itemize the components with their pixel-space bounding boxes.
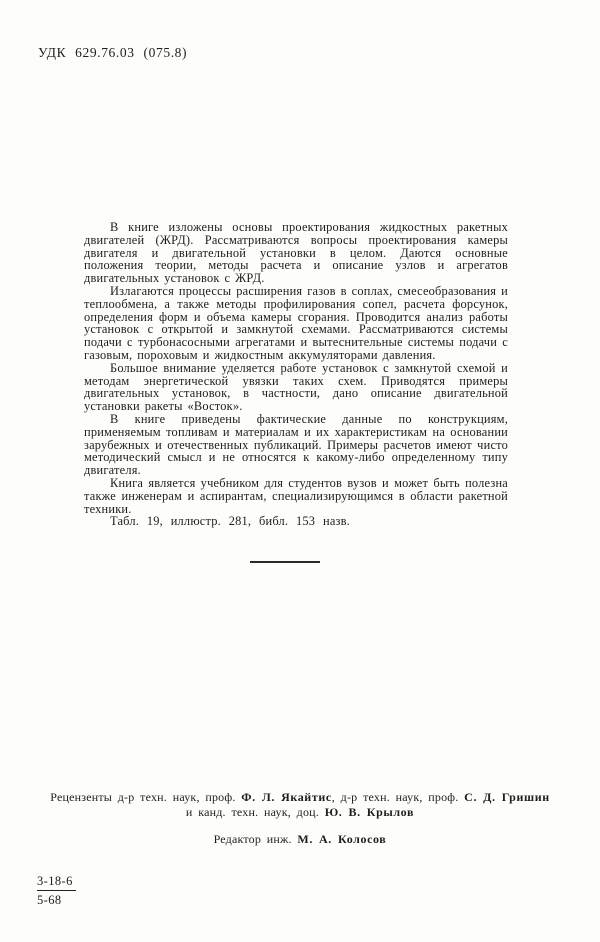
annotation-paragraph-2: Излагаются процессы расширения газов в с… [84,285,508,362]
print-order-code: 3-18-6 5-68 [37,874,76,907]
editor-line: Редактор инж. М. А. Колосов [0,832,600,847]
reviewer-name-3: Ю. В. Крылов [325,805,414,819]
reviewer-name-2: С. Д. Гришин [464,790,550,804]
annotation-paragraph-5: Книга является учебником для студентов в… [84,477,508,515]
reviewer-name-1: Ф. Л. Якайтис [241,790,332,804]
editor-prefix: Редактор инж. [214,832,298,846]
print-code-denominator: 5-68 [37,891,76,907]
reviewers-middle: , д-р техн. наук, проф. [332,790,464,804]
reviewers-prefix: Рецензенты д-р техн. наук, проф. [50,790,241,804]
annotation-paragraph-4: В книге приведены фактические данные по … [84,413,508,477]
reviewers-line-2: и канд. техн. наук, доц. Ю. В. Крылов [0,805,600,820]
credits-block: Рецензенты д-р техн. наук, проф. Ф. Л. Я… [0,790,600,847]
annotation-stats-line: Табл. 19, иллюстр. 281, библ. 153 назв. [84,515,508,528]
annotation-paragraph-3: Большое внимание уделяется работе устано… [84,362,508,413]
print-code-numerator: 3-18-6 [37,874,76,891]
annotation-paragraph-1: В книге изложены основы проектирования ж… [84,221,508,285]
section-divider [250,561,320,563]
udc-classification: УДК 629.76.03 (075.8) [38,45,187,61]
reviewers-prefix-2: и канд. техн. наук, доц. [186,805,325,819]
annotation-block: В книге изложены основы проектирования ж… [84,221,508,528]
editor-name: М. А. Колосов [297,832,386,846]
reviewers-line-1: Рецензенты д-р техн. наук, проф. Ф. Л. Я… [0,790,600,805]
book-imprint-page: УДК 629.76.03 (075.8) В книге изложены о… [0,0,600,942]
